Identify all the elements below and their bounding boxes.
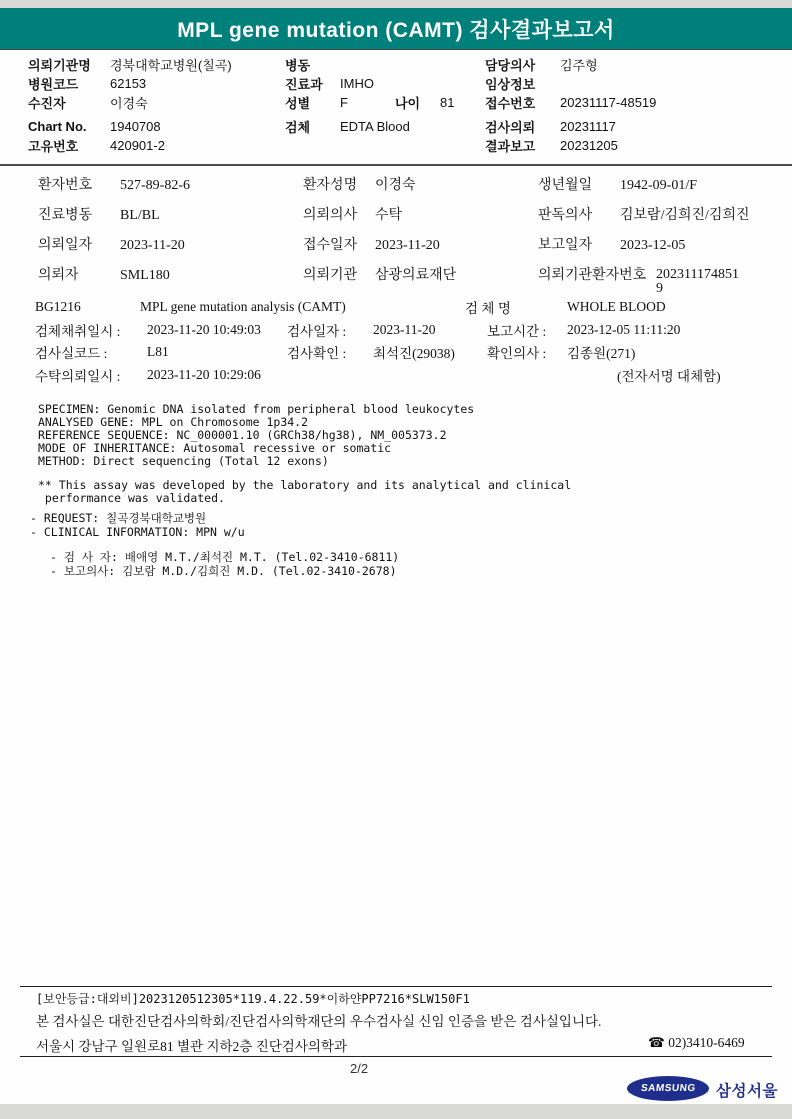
report-title: MPL gene mutation (CAMT) 검사결과보고서 [177, 14, 615, 44]
row-examinee: 수진자 이경숙 [28, 93, 232, 112]
value-referrer: SML180 [120, 268, 303, 298]
row-unique-no: 고유번호 420901-2 [28, 136, 232, 155]
label-attending-doctor: 담당의사 [485, 55, 560, 74]
row-department: 진료과 IMHO [285, 74, 454, 93]
label-receipt-date: 접수일자 [303, 238, 375, 268]
value-referring-org-patient-no: 2023111748519 [620, 268, 778, 298]
label-result-report-date: 결과보고 [485, 136, 560, 155]
value-test-request-date: 20231117 [560, 119, 616, 134]
value-report-date: 2023-12-05 [620, 238, 778, 268]
assay-validation-note: ** This assay was developed by the labor… [38, 479, 571, 505]
electronic-signature-note: (전자서명 대체함) [617, 365, 721, 385]
footer-top-divider [20, 986, 772, 987]
value-test-confirm: 최석진(29038) [373, 342, 487, 362]
value-referring-org: 삼광의료재단 [375, 268, 538, 298]
row-clinical-info: 임상정보 [485, 74, 656, 93]
security-classification-line: [보안등급:대외비]2023120512305*119.4.22.59*이하얀P… [36, 990, 470, 1007]
value-sex: F [340, 95, 395, 110]
examiner-reporter-block: - 검 사 자: 배애영 M.T./최석진 M.T. (Tel.02-3410-… [50, 551, 399, 579]
label-collection-datetime: 검체채취일시 : [35, 320, 147, 340]
value-chart-no: 1940708 [110, 119, 161, 134]
value-result-report-date: 20231205 [560, 138, 618, 153]
value-request-date: 2023-11-20 [120, 238, 303, 268]
value-lab-code: L81 [147, 344, 287, 360]
label-clinical-info: 임상정보 [485, 74, 560, 93]
label-referring-doctor: 의뢰의사 [303, 208, 375, 238]
value-specimen-type: EDTA Blood [340, 119, 410, 134]
label-chart-no: Chart No. [28, 119, 110, 134]
row-hospital-code: 병원코드 62153 [28, 74, 232, 93]
label-sex: 성별 [285, 93, 340, 112]
label-age: 나이 [395, 93, 440, 112]
row-ward: 병동 [285, 55, 454, 74]
divider [0, 164, 792, 166]
label-report-time: 보고시간 : [487, 320, 567, 340]
page-number: 2/2 [350, 1061, 368, 1076]
label-hospital-code: 병원코드 [28, 74, 110, 93]
value-receipt-date: 2023-11-20 [375, 238, 538, 268]
label-request-date: 의뢰일자 [38, 238, 120, 268]
lab-phone: ☎ 02)3410-6469 [648, 1035, 745, 1051]
label-care-ward: 진료병동 [38, 208, 120, 238]
value-unique-no: 420901-2 [110, 138, 165, 153]
accreditation-statement: 본 검사실은 대한진단검사의학회/진단검사의학재단의 우수검사실 신임 인증을 … [36, 1010, 601, 1030]
label-test-confirm: 검사확인 : [287, 342, 373, 362]
top-margin-strip [0, 0, 792, 8]
label-lab-code: 검사실코드 : [35, 342, 147, 362]
value-examinee: 이경숙 [110, 93, 148, 112]
value-patient-number: 527-89-82-6 [120, 178, 303, 208]
label-patient-number: 환자번호 [38, 178, 120, 208]
label-referrer: 의뢰자 [38, 268, 120, 298]
value-care-ward: BL/BL [120, 208, 303, 238]
specimen-method-block: SPECIMEN: Genomic DNA isolated from peri… [38, 403, 474, 468]
header-middle-column: 병동 진료과 IMHO 성별 F 나이 81 검체 EDTA Blood [285, 55, 454, 136]
row-accession-no: 접수번호 20231117-48519 [485, 93, 656, 112]
label-accession-no: 접수번호 [485, 93, 560, 112]
label-examinee: 수진자 [28, 93, 110, 112]
test-row-labcode: 검사실코드 : L81 검사확인 : 최석진(29038) 확인의사 : 김종원… [35, 341, 780, 364]
label-birth-date: 생년월일 [538, 178, 620, 208]
value-attending-doctor: 김주형 [560, 55, 598, 74]
label-ward: 병동 [285, 55, 340, 74]
samsung-logo: SAMSUNG [627, 1076, 709, 1101]
header-left-column: 의뢰기관명 경북대학교병원(칠곡) 병원코드 62153 수진자 이경숙 Cha… [28, 55, 232, 155]
footer-bottom-divider [20, 1056, 772, 1057]
label-requesting-org: 의뢰기관명 [28, 55, 110, 74]
value-reading-doctor: 김보람/김희진/김희진 [620, 208, 778, 238]
label-unique-no: 고유번호 [28, 136, 110, 155]
value-consign-request-datetime: 2023-11-20 10:29:06 [147, 367, 287, 383]
value-requesting-org: 경북대학교병원(칠곡) [110, 55, 232, 74]
row-sex-age: 성별 F 나이 81 [285, 93, 454, 112]
row-specimen-type: 검체 EDTA Blood [285, 117, 454, 136]
test-header-row: BG1216 MPL gene mutation analysis (CAMT)… [35, 296, 780, 319]
value-report-time: 2023-12-05 11:11:20 [567, 322, 680, 338]
test-code: BG1216 [35, 299, 140, 315]
value-confirming-doctor: 김종원(271) [567, 342, 635, 362]
request-clinical-block: - REQUEST: 칠곡경북대학교병원 - CLINICAL INFORMAT… [30, 512, 245, 540]
row-attending-doctor: 담당의사 김주형 [485, 55, 656, 74]
label-department: 진료과 [285, 74, 340, 93]
bottom-margin-strip [0, 1104, 792, 1119]
row-result-report-date: 결과보고 20231205 [485, 136, 656, 155]
patient-info-table: 환자번호 527-89-82-6 환자성명 이경숙 생년월일 1942-09-0… [38, 178, 778, 298]
lab-address: 서울시 강남구 일원로81 별관 지하2층 진단검사의학과 [36, 1035, 347, 1055]
row-test-request-date: 검사의뢰 20231117 [485, 117, 656, 136]
report-page: MPL gene mutation (CAMT) 검사결과보고서 의뢰기관명 경… [0, 0, 792, 1119]
value-collection-datetime: 2023-11-20 10:49:03 [147, 322, 287, 338]
value-birth-date: 1942-09-01/F [620, 178, 778, 208]
label-confirming-doctor: 확인의사 : [487, 342, 567, 362]
header-right-column: 담당의사 김주형 임상정보 접수번호 20231117-48519 검사의뢰 2… [485, 55, 656, 155]
test-section: BG1216 MPL gene mutation analysis (CAMT)… [35, 296, 780, 386]
value-age: 81 [440, 95, 454, 110]
test-name: MPL gene mutation analysis (CAMT) [140, 299, 465, 315]
value-referring-doctor: 수탁 [375, 208, 538, 238]
report-title-bar: MPL gene mutation (CAMT) 검사결과보고서 [0, 8, 792, 50]
test-row-consign: 수탁의뢰일시 : 2023-11-20 10:29:06 (전자서명 대체함) [35, 364, 780, 387]
label-reading-doctor: 판독의사 [538, 208, 620, 238]
label-specimen-name: 검 체 명 [465, 297, 567, 317]
samsung-logo-text: SAMSUNG [640, 1083, 696, 1094]
label-report-date: 보고일자 [538, 238, 620, 268]
label-consign-request-datetime: 수탁의뢰일시 : [35, 365, 147, 385]
row-requesting-org: 의뢰기관명 경북대학교병원(칠곡) [28, 55, 232, 74]
value-accession-no: 20231117-48519 [560, 95, 656, 110]
value-patient-name: 이경숙 [375, 178, 538, 208]
label-patient-name: 환자성명 [303, 178, 375, 208]
label-referring-org-patient-no: 의뢰기관환자번호 [538, 268, 620, 298]
value-department: IMHO [340, 76, 374, 91]
value-hospital-code: 62153 [110, 76, 146, 91]
test-row-collection: 검체채취일시 : 2023-11-20 10:49:03 검사일자 : 2023… [35, 319, 780, 342]
label-test-request-date: 검사의뢰 [485, 117, 560, 136]
value-specimen-name: WHOLE BLOOD [567, 299, 666, 315]
label-specimen-type: 검체 [285, 117, 340, 136]
label-referring-org: 의뢰기관 [303, 268, 375, 298]
row-chart-no: Chart No. 1940708 [28, 117, 232, 136]
value-test-date: 2023-11-20 [373, 322, 487, 338]
label-test-date: 검사일자 : [287, 320, 373, 340]
